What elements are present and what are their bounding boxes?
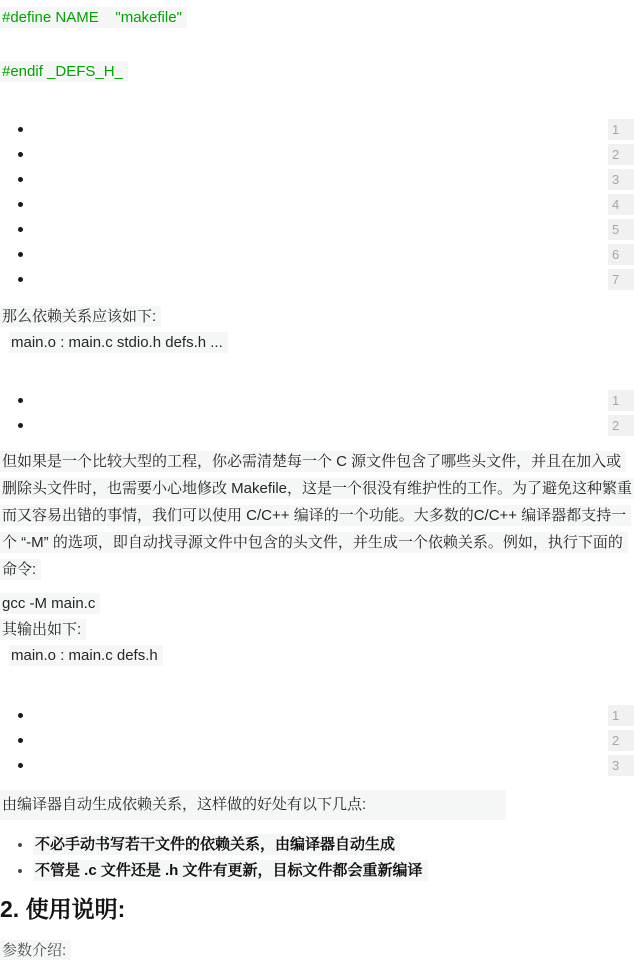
code-line: 1 <box>0 390 634 411</box>
bullet-icon <box>18 843 22 847</box>
article-page: #define NAME "makefile" #endif _DEFS_H_ … <box>0 8 634 960</box>
bullet-icon <box>18 398 23 403</box>
line-number: 7 <box>608 269 634 290</box>
line-number: 5 <box>608 219 634 240</box>
bullet-icon <box>18 202 23 207</box>
bullet-icon <box>18 252 23 257</box>
line-number: 2 <box>608 144 634 165</box>
line-number: 6 <box>608 244 634 265</box>
gcc-output-line: main.o : main.c defs.h <box>9 643 634 669</box>
gcc-output-text: main.o : main.c defs.h <box>9 645 163 666</box>
section-heading: 2. 使用说明: <box>0 894 634 924</box>
benefit-text: 不必手动书写若干文件的依赖关系，由编译器自动生成 <box>33 834 400 855</box>
main-paragraph: 但如果是一个比较大型的工程，你必需清楚每一个 C 源文件包含了哪些头文件，并且在… <box>0 448 634 583</box>
benefits-list: 不必手动书写若干文件的依赖关系，由编译器自动生成 不管是 .c 文件还是 .h … <box>0 832 634 884</box>
bullet-icon <box>18 423 23 428</box>
code-line: 4 <box>0 194 634 215</box>
line-number: 1 <box>608 119 634 140</box>
preprocessor-define-line: #define NAME "makefile" <box>0 8 634 28</box>
code-line: 1 <box>0 705 634 726</box>
line-number: 4 <box>608 194 634 215</box>
dependency-intro: 那么依赖关系应该如下: <box>0 304 634 330</box>
code-text-endif: #endif _DEFS_H_ <box>0 61 128 82</box>
gcc-command-line: gcc -M main.c <box>0 591 634 617</box>
code-line: 2 <box>0 144 634 165</box>
code-line: 2 <box>0 415 634 436</box>
bullet-icon <box>18 869 22 873</box>
dependency-rule-text: main.o : main.c stdio.h defs.h ... <box>9 332 228 353</box>
params-intro: 参数介绍: <box>0 938 634 960</box>
code-line: 2 <box>0 730 634 751</box>
line-number: 1 <box>608 390 634 411</box>
code-line: 6 <box>0 244 634 265</box>
output-intro: 其输出如下: <box>0 617 634 643</box>
code-line: 1 <box>0 119 634 140</box>
bullet-icon <box>18 738 23 743</box>
line-number: 2 <box>608 415 634 436</box>
benefit-text: 不管是 .c 文件还是 .h 文件有更新，目标文件都会重新编译 <box>33 860 428 881</box>
code-line: 5 <box>0 219 634 240</box>
bullet-icon <box>18 277 23 282</box>
list-item: 不必手动书写若干文件的依赖关系，由编译器自动生成 <box>0 832 634 858</box>
params-intro-text: 参数介绍: <box>0 940 71 960</box>
code-line: 3 <box>0 169 634 190</box>
list-item: 不管是 .c 文件还是 .h 文件有更新，目标文件都会重新编译 <box>0 858 634 884</box>
benefits-intro-text: 由编译器自动生成依赖关系，这样做的好处有以下几点: <box>0 790 506 820</box>
bullet-icon <box>18 763 23 768</box>
bullet-icon <box>18 152 23 157</box>
code-line: 7 <box>0 269 634 290</box>
benefits-intro: 由编译器自动生成依赖关系，这样做的好处有以下几点: <box>0 790 634 820</box>
bullet-icon <box>18 127 23 132</box>
code-text-define: #define NAME "makefile" <box>0 7 187 28</box>
dependency-intro-text: 那么依赖关系应该如下: <box>0 306 161 327</box>
output-intro-text: 其输出如下: <box>0 619 86 640</box>
main-paragraph-text: 但如果是一个比较大型的工程，你必需清楚每一个 C 源文件包含了哪些头文件，并且在… <box>0 451 634 580</box>
bullet-icon <box>18 713 23 718</box>
preprocessor-endif-line: #endif _DEFS_H_ <box>0 62 634 82</box>
gcc-command-text: gcc -M main.c <box>0 593 100 614</box>
line-number: 1 <box>608 705 634 726</box>
line-number: 3 <box>608 755 634 776</box>
code-line: 3 <box>0 755 634 776</box>
code-block-2: 1 2 <box>0 390 634 436</box>
bullet-icon <box>18 227 23 232</box>
code-block-3: 1 2 3 <box>0 705 634 776</box>
code-block-1: 1 2 3 4 5 6 7 <box>0 119 634 290</box>
bullet-icon <box>18 177 23 182</box>
line-number: 3 <box>608 169 634 190</box>
line-number: 2 <box>608 730 634 751</box>
dependency-rule: main.o : main.c stdio.h defs.h ... <box>9 330 634 356</box>
